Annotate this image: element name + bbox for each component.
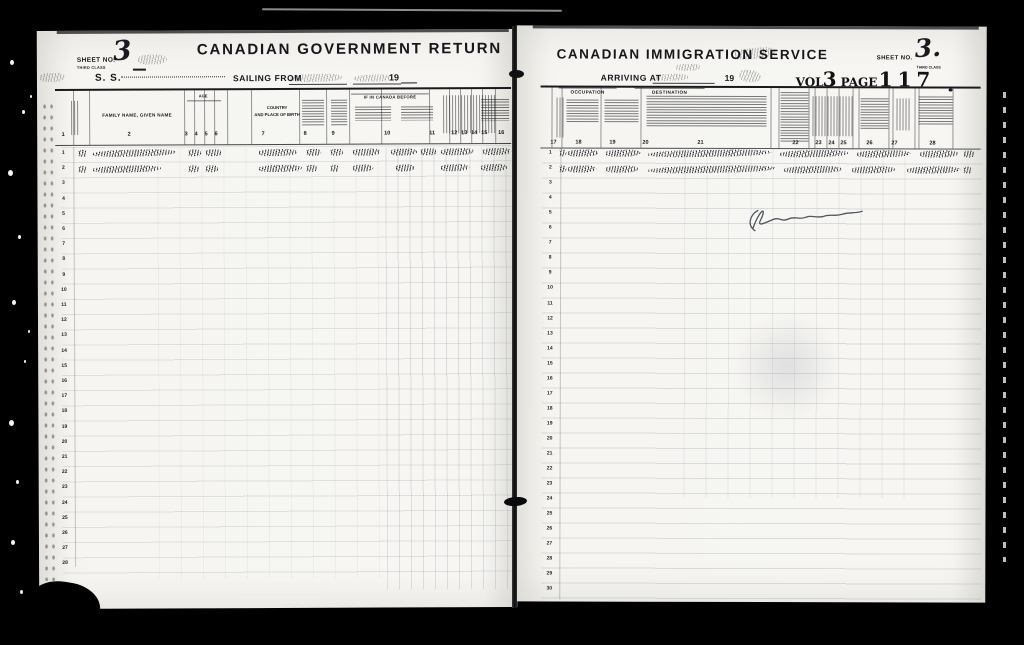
row-number: 27	[62, 545, 68, 551]
ss-label: S. S.	[95, 73, 122, 84]
handwritten-entry	[305, 165, 317, 172]
arriving-at-label: ARRIVING AT	[601, 74, 662, 84]
row-number: 6	[549, 225, 552, 231]
row-number: 15	[61, 363, 67, 369]
column-separator	[251, 90, 252, 144]
column-grid-faint	[157, 148, 389, 579]
right-page: CANADIAN IMMIGRATION SERVICE SHEET NO. 3…	[515, 25, 987, 602]
header-fine-print	[896, 98, 910, 130]
row-number: 3	[549, 180, 552, 186]
column-separator	[778, 88, 779, 148]
column-number: 14	[471, 130, 477, 136]
header-fine-print	[646, 96, 766, 128]
handwritten-date	[353, 74, 393, 82]
header-fine-print	[331, 100, 347, 126]
header-fine-print	[860, 98, 888, 130]
row-number: 28	[547, 556, 553, 562]
row-number: 9	[62, 272, 65, 278]
row-number: 4	[62, 196, 65, 202]
row-number: 19	[62, 424, 68, 430]
column-separator	[551, 87, 552, 147]
header-fine-print	[71, 101, 79, 135]
sheet-class-label: THIRD CLASS	[77, 66, 106, 70]
white-speckle	[11, 540, 15, 545]
handwritten-port	[289, 73, 343, 82]
row-number: 16	[61, 378, 67, 384]
age-header: AGE	[183, 94, 223, 99]
handwritten-port	[655, 73, 689, 81]
column-number: 11	[429, 130, 435, 136]
row-number: 21	[62, 454, 68, 460]
column-number: 20	[642, 140, 648, 146]
row-number: 8	[62, 256, 65, 262]
row-number: 6	[62, 226, 65, 232]
if-in-canada-header: IF IN CANADA BEFORE	[349, 95, 431, 100]
row-number: 8	[549, 255, 552, 261]
right-torn-strip	[1003, 92, 1006, 562]
row-number: 30	[546, 586, 552, 592]
row-number: 25	[547, 511, 553, 517]
header-fine-print	[556, 97, 564, 137]
scan-smudge	[712, 292, 862, 442]
column-number: 4	[195, 131, 198, 137]
header-fine-print	[604, 100, 638, 124]
column-number: 23	[815, 140, 821, 146]
row-number: 22	[62, 469, 68, 475]
white-speckle	[30, 95, 32, 98]
row-number: 29	[547, 571, 553, 577]
column-separator	[326, 90, 327, 144]
handwritten-entry	[962, 166, 972, 173]
handwritten-entry	[962, 150, 974, 157]
row-number: 11	[61, 302, 66, 308]
column-number: 15	[481, 130, 487, 136]
row-number: 7	[62, 241, 65, 247]
family-name-header: FAMILY NAME, GIVEN NAME	[87, 112, 187, 117]
scan-speckle-strip	[41, 101, 57, 581]
row-number: 3	[62, 180, 65, 186]
handwritten-entry	[77, 150, 87, 157]
row-number: 25	[62, 515, 68, 521]
header-fine-print	[780, 92, 808, 142]
header-fine-print	[812, 96, 854, 136]
handwritten-entry	[329, 165, 339, 172]
sailing-date-blank	[353, 83, 401, 84]
row-number: 17	[547, 390, 553, 396]
row-number: 10	[547, 285, 553, 291]
sheet-no-label: SHEET NO.	[77, 57, 116, 64]
column-separator	[914, 88, 915, 148]
column-separator	[770, 88, 771, 148]
occupation-header: OCCUPATION	[557, 89, 619, 94]
handwritten-entry	[204, 149, 222, 156]
column-separator	[808, 88, 809, 148]
sheet-no-label: SHEET NO.	[877, 55, 913, 62]
column-number: 28	[929, 140, 935, 146]
row-number: 9	[549, 270, 552, 276]
white-speckle	[22, 110, 25, 114]
column-number: 8	[304, 131, 307, 137]
handwritten-entry	[77, 166, 87, 173]
column-number: 9	[332, 131, 335, 137]
row-number: 27	[547, 541, 553, 547]
column-grid	[385, 147, 513, 590]
handwritten-entry	[187, 165, 199, 172]
year-prefix: 19	[389, 73, 399, 83]
scanned-manifest-spread: SHEET NO. THIRD CLASS 3 CANADIAN GOVERNM…	[0, 0, 1024, 645]
column-separator	[888, 88, 889, 148]
handwritten-entry	[305, 149, 321, 156]
column-number: 18	[575, 140, 581, 146]
year-blank	[401, 82, 417, 83]
sheet-no-handwritten: 3.	[914, 34, 941, 63]
row-number: 20	[547, 435, 553, 441]
column-number: 7	[262, 131, 265, 137]
white-speckle	[9, 420, 14, 426]
header-fine-print	[918, 96, 952, 124]
row-number: 11	[547, 300, 552, 306]
handwritten-entry	[558, 165, 566, 172]
left-page: SHEET NO. THIRD CLASS 3 CANADIAN GOVERNM…	[37, 29, 518, 609]
column-number: 12	[451, 130, 457, 136]
white-speckle	[24, 360, 26, 363]
row-number: 19	[547, 420, 553, 426]
white-speckle	[18, 235, 21, 239]
page-top-edge	[533, 25, 979, 29]
destination-bracket	[635, 88, 705, 89]
column-separator	[640, 88, 641, 148]
pencil-mark	[39, 73, 65, 83]
column-number: 1	[62, 132, 65, 138]
page-top-edge	[57, 29, 509, 34]
row-number: 22	[547, 466, 553, 472]
row-number: 15	[547, 360, 553, 366]
column-number: 5	[205, 131, 208, 137]
white-speckle	[12, 300, 16, 305]
white-speckle	[20, 590, 23, 594]
header-fine-print	[401, 106, 433, 120]
white-speckle	[28, 330, 30, 333]
left-page-title: CANADIAN GOVERNMENT RETURN	[197, 41, 497, 59]
header-fine-print	[302, 100, 324, 126]
binding-mark-top	[509, 70, 524, 78]
row-number: 28	[62, 560, 68, 566]
row-number: 14	[61, 348, 67, 354]
row-number: 12	[61, 317, 67, 323]
column-separator	[89, 91, 90, 145]
column-number: 24	[828, 140, 834, 146]
sheet-no-handwritten: 3	[112, 36, 133, 67]
column-number: 22	[792, 140, 798, 146]
row-number: 4	[549, 195, 552, 201]
row-number: 24	[547, 496, 553, 502]
row-number: 26	[547, 526, 553, 532]
row-number: 5	[549, 210, 552, 216]
column-separator	[858, 88, 859, 148]
row-number: 5	[62, 211, 65, 217]
column-number: 25	[840, 140, 846, 146]
row-number: 16	[547, 375, 553, 381]
row-number: 17	[62, 393, 68, 399]
column-number: 2	[128, 132, 131, 138]
column-number: 27	[891, 140, 897, 146]
row-number: 23	[547, 481, 553, 487]
header-fine-print	[481, 99, 509, 121]
white-speckle	[10, 60, 14, 65]
row-number: 18	[62, 408, 68, 414]
white-speckle	[8, 170, 13, 176]
row-number: 1	[62, 150, 65, 156]
column-separator	[299, 90, 300, 144]
row-number: 13	[547, 330, 553, 336]
arriving-at-blank	[653, 83, 715, 84]
column-number: 10	[384, 131, 390, 137]
row-number: 7	[549, 240, 552, 246]
right-page-title: CANADIAN IMMIGRATION SERVICE	[557, 47, 821, 63]
header-top-rule	[55, 87, 511, 91]
column-separator	[952, 89, 953, 149]
row-number: 13	[61, 332, 67, 338]
row-number: 24	[62, 500, 68, 506]
handwritten-entry	[329, 149, 343, 156]
pencil-mark	[137, 54, 167, 65]
column-separator	[227, 90, 228, 144]
row-number: 23	[62, 484, 68, 490]
occupation-bracket	[559, 87, 617, 88]
column-number: 19	[609, 140, 615, 146]
year-prefix: 19	[725, 74, 734, 83]
row-number: 1	[549, 149, 552, 155]
book-binding	[512, 26, 517, 608]
column-number: 26	[866, 140, 872, 146]
column-separator	[892, 88, 893, 148]
handwritten-entry	[558, 149, 566, 156]
white-speckle	[16, 480, 19, 484]
handwritten-entry	[419, 148, 437, 155]
column-number: 6	[215, 131, 218, 137]
column-number: 21	[697, 140, 703, 146]
ss-dotted-leader	[121, 76, 225, 77]
row-number: 20	[62, 439, 68, 445]
handwritten-year	[738, 68, 761, 83]
pencil-note-above-line	[675, 64, 701, 71]
row-number: 26	[62, 530, 68, 536]
row-number: 10	[61, 287, 67, 293]
column-number: 3	[185, 131, 188, 137]
row-number: 21	[547, 450, 553, 456]
sheet-no-underscore	[133, 69, 146, 71]
column-number: 16	[498, 130, 504, 136]
row-number: 2	[62, 165, 65, 171]
destination-header: DESTINATION	[632, 90, 708, 95]
header-fine-print	[566, 100, 598, 124]
column-number: 13	[461, 130, 467, 136]
header-fine-print	[355, 107, 391, 121]
handwritten-entry	[187, 149, 201, 156]
row-number: 12	[547, 315, 553, 321]
row-number: 2	[549, 165, 552, 171]
top-white-streak	[262, 8, 562, 12]
row-number: 14	[547, 345, 553, 351]
sailing-from-blank	[289, 84, 347, 85]
handwritten-entry	[394, 164, 414, 172]
row-number: 18	[547, 405, 553, 411]
handwritten-entry	[204, 165, 218, 172]
column-separator	[600, 88, 601, 148]
column-number: 17	[550, 139, 556, 145]
